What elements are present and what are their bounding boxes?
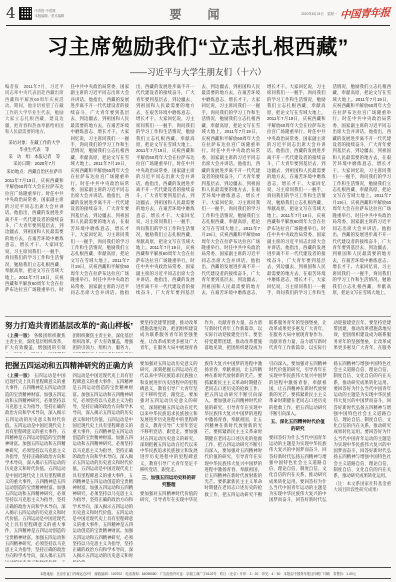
- masthead-logo: 中国青年报: [340, 5, 391, 23]
- colophon: 本报地址：北京东直门内海运仓2号 邮政编码：100702 电话查询：640980…: [5, 567, 391, 579]
- article-3-body-left: 五四运动是中国近现代史上具有里程碑意义的重大事件，五四精神是五四运动创造的宝贵精…: [5, 373, 133, 562]
- newspaper-page: 4 中青报·中青网 本版编辑／美术编辑 要 闻 2020年8月24日 星期一 中…: [0, 0, 396, 582]
- continued-from-p1-label: （上接一版）: [5, 373, 32, 378]
- article-3-note: （注：本文系国家社科基金重大项目阶段性研究成果）: [334, 481, 392, 493]
- article-3: 把握五四运动和五四精神研究的正确方向 （上接一版） 五四运动是中国近现代史上具有…: [5, 361, 391, 562]
- edition-meta: 中青报·中青网 本版编辑／美术编辑: [35, 9, 65, 19]
- page-number: 4: [6, 6, 16, 21]
- date-line: 2020年8月24日 星期一: [301, 11, 337, 16]
- article-2-left-columns: （上接一版） 各级团组织聚焦主责主业，深化基层组织改革，扩大有效覆盖，增强团的引…: [5, 333, 133, 353]
- divider-rule: [5, 357, 391, 358]
- interview-line: 采访对象：在藏工作的大学: [8, 140, 60, 145]
- qr-code-icon: [19, 7, 32, 20]
- article-2-right-columns: 要坚持党建带团建，推动改革措施落地见效，把团组织建设成为联系服务青年的坚强堡垒，…: [140, 320, 391, 353]
- continued-from-p1-label: （上接一版）: [5, 333, 32, 338]
- article-3-headline: 把握五四运动和五四精神研究的正确方向: [5, 361, 133, 371]
- edition-meta-line2: 本版编辑／美术编辑: [35, 14, 65, 18]
- article-2: 努力打造共青团基层改革的“高山样板” （上接一版） 各级团组织聚焦主责主业，深化…: [5, 320, 391, 353]
- editor-note: 编者按 2011年7月，习近平同志率中央代表团赴西藏出席西藏和平解放60周年庆祝…: [5, 84, 64, 134]
- article-2-body-right: 要坚持党建带团建，推动改革措施落地见效，把团组织建设成为联系服务青年的坚强堡垒，…: [140, 320, 391, 350]
- interview-line: 采访日期：2020年7月: [13, 161, 55, 166]
- article-3-right-columns: 要加强对五四运动历史意义的研究，深刻把握五四运动在近代以来中华民族追求民族独立和…: [140, 361, 391, 562]
- section-title: 要 闻: [169, 5, 226, 22]
- interview-info-block: 采访对象：在藏工作的大学 毕业生代表 等 采 访 组：本报记者 等 采访日期：2…: [5, 139, 64, 175]
- article-3-left: 把握五四运动和五四精神研究的正确方向 （上接一版） 五四运动是中国近现代史上具有…: [5, 361, 133, 562]
- article-2-left: 努力打造共青团基层改革的“高山样板” （上接一版） 各级团组织聚焦主责主业，深化…: [5, 320, 133, 353]
- page-header: 4 中青报·中青网 本版编辑／美术编辑 要 闻 2020年8月24日 星期一 中…: [6, 2, 390, 26]
- article-3-left-columns: （上接一版） 五四运动是中国近现代史上具有里程碑意义的重大事件，五四精神是五四运…: [5, 373, 133, 562]
- main-headline: 习主席勉励我们“立志扎根西藏”: [0, 31, 396, 61]
- article-3-subhead-5: 五、深化五四精神时代价值的研究: [269, 419, 327, 432]
- article-2-headline: 努力打造共青团基层改革的“高山样板”: [5, 320, 133, 331]
- headline-block: 习主席勉励我们“立志扎根西藏” ——习近平与大学生朋友们（十六）: [0, 31, 396, 78]
- divider-rule: [5, 316, 391, 317]
- article-3-body: 要加强对五四运动历史意义的研究，深刻把握五四运动在近代以来中华民族追求民族独立和…: [140, 361, 198, 472]
- headline-subtitle: ——习近平与大学生朋友们（十六）: [0, 66, 396, 78]
- edition-meta-line1: 中青报·中青网: [35, 9, 56, 13]
- interview-line: 采访地点：西藏自治区拉萨市: [6, 169, 62, 174]
- main-article-columns: 编者按 2011年7月，习近平同志率中央代表团赴西藏出席西藏和平解放60周年庆祝…: [5, 84, 391, 313]
- interview-line: 采 访 组：本报记者 等: [8, 154, 60, 159]
- header-left: 4 中青报·中青网 本版编辑／美术编辑: [6, 6, 64, 21]
- header-right: 2020年8月24日 星期一 中国青年报: [301, 6, 390, 21]
- interview-line: 毕业生代表 等: [19, 147, 49, 152]
- article-3-subhead-3: 三、加强五四运动史料的研究整理: [140, 475, 198, 488]
